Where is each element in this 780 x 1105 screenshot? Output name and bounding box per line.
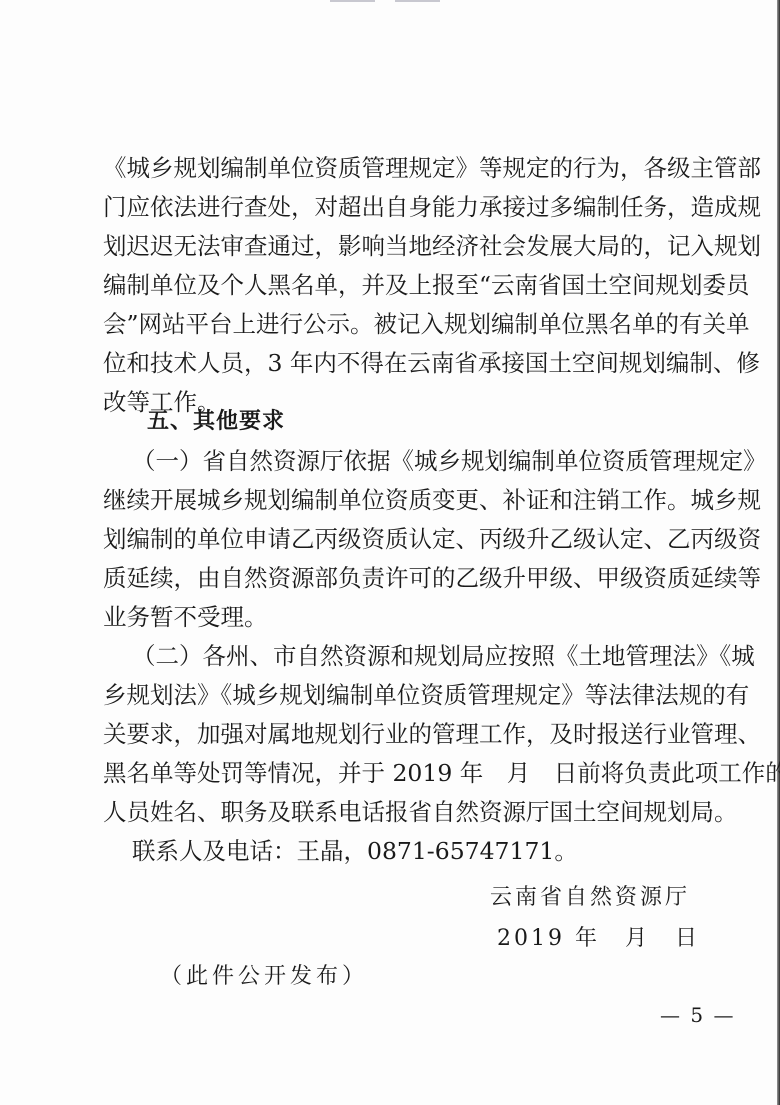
text-line: 位和技术人员，3 年内不得在云南省承接国土空间规划编制、修 xyxy=(103,348,709,378)
document-page: 《城乡规划编制单位资质管理规定》等规定的行为，各级主管部 门应依法进行查处，对超… xyxy=(0,0,780,1105)
text-line: 业务暂不受理。 xyxy=(103,602,709,632)
text-line: 质延续，由自然资源部负责许可的乙级升甲级、甲级资质延续等 xyxy=(103,563,709,593)
text-line: 门应依法进行查处，对超出自身能力承接过多编制任务，造成规 xyxy=(103,192,709,222)
contact-line: 联系人及电话：王晶，0871-65747171。 xyxy=(132,836,578,866)
text-line: （二）各州、市自然资源和规划局应按照《土地管理法》《城 xyxy=(132,641,709,671)
text-line: 划迟迟无法审查通过，影响当地经济社会发展大局的，记入规划 xyxy=(103,231,709,261)
publication-note: （此件公开发布） xyxy=(160,962,368,992)
text-line: 编制单位及个人黑名单，并及上报至“云南省国土空间规划委员 xyxy=(103,270,709,300)
section-heading: 五、其他要求 xyxy=(147,407,285,437)
scan-bleed-marks xyxy=(330,0,450,4)
text-line: 乡规划法》《城乡规划编制单位资质管理规定》等法律法规的有 xyxy=(103,680,709,710)
text-line: （一）省自然资源厅依据《城乡规划编制单位资质管理规定》 xyxy=(132,446,709,476)
text-line: 关要求，加强对属地规划行业的管理工作，及时报送行业管理、 xyxy=(103,719,709,749)
text-line: 《城乡规划编制单位资质管理规定》等规定的行为，各级主管部 xyxy=(103,153,709,183)
page-number: — 5 — xyxy=(660,1000,735,1030)
text-line: 划编制的单位申请乙丙级资质认定、丙级升乙级认定、乙丙级资 xyxy=(103,524,709,554)
signature-organization: 云南省自然资源厅 xyxy=(490,883,690,913)
text-line: 会”网站平台上进行公示。被记入规划编制单位黑名单的有关单 xyxy=(103,309,709,339)
signature-date: 2019 年 月 日 xyxy=(497,924,700,954)
text-line: 人员姓名、职务及联系电话报省自然资源厅国土空间规划局。 xyxy=(103,797,709,827)
text-line: 黑名单等处罚等情况，并于 2019 年 月 日前将负责此项工作的 xyxy=(103,758,709,788)
text-line: 继续开展城乡规划编制单位资质变更、补证和注销工作。城乡规 xyxy=(103,485,709,515)
